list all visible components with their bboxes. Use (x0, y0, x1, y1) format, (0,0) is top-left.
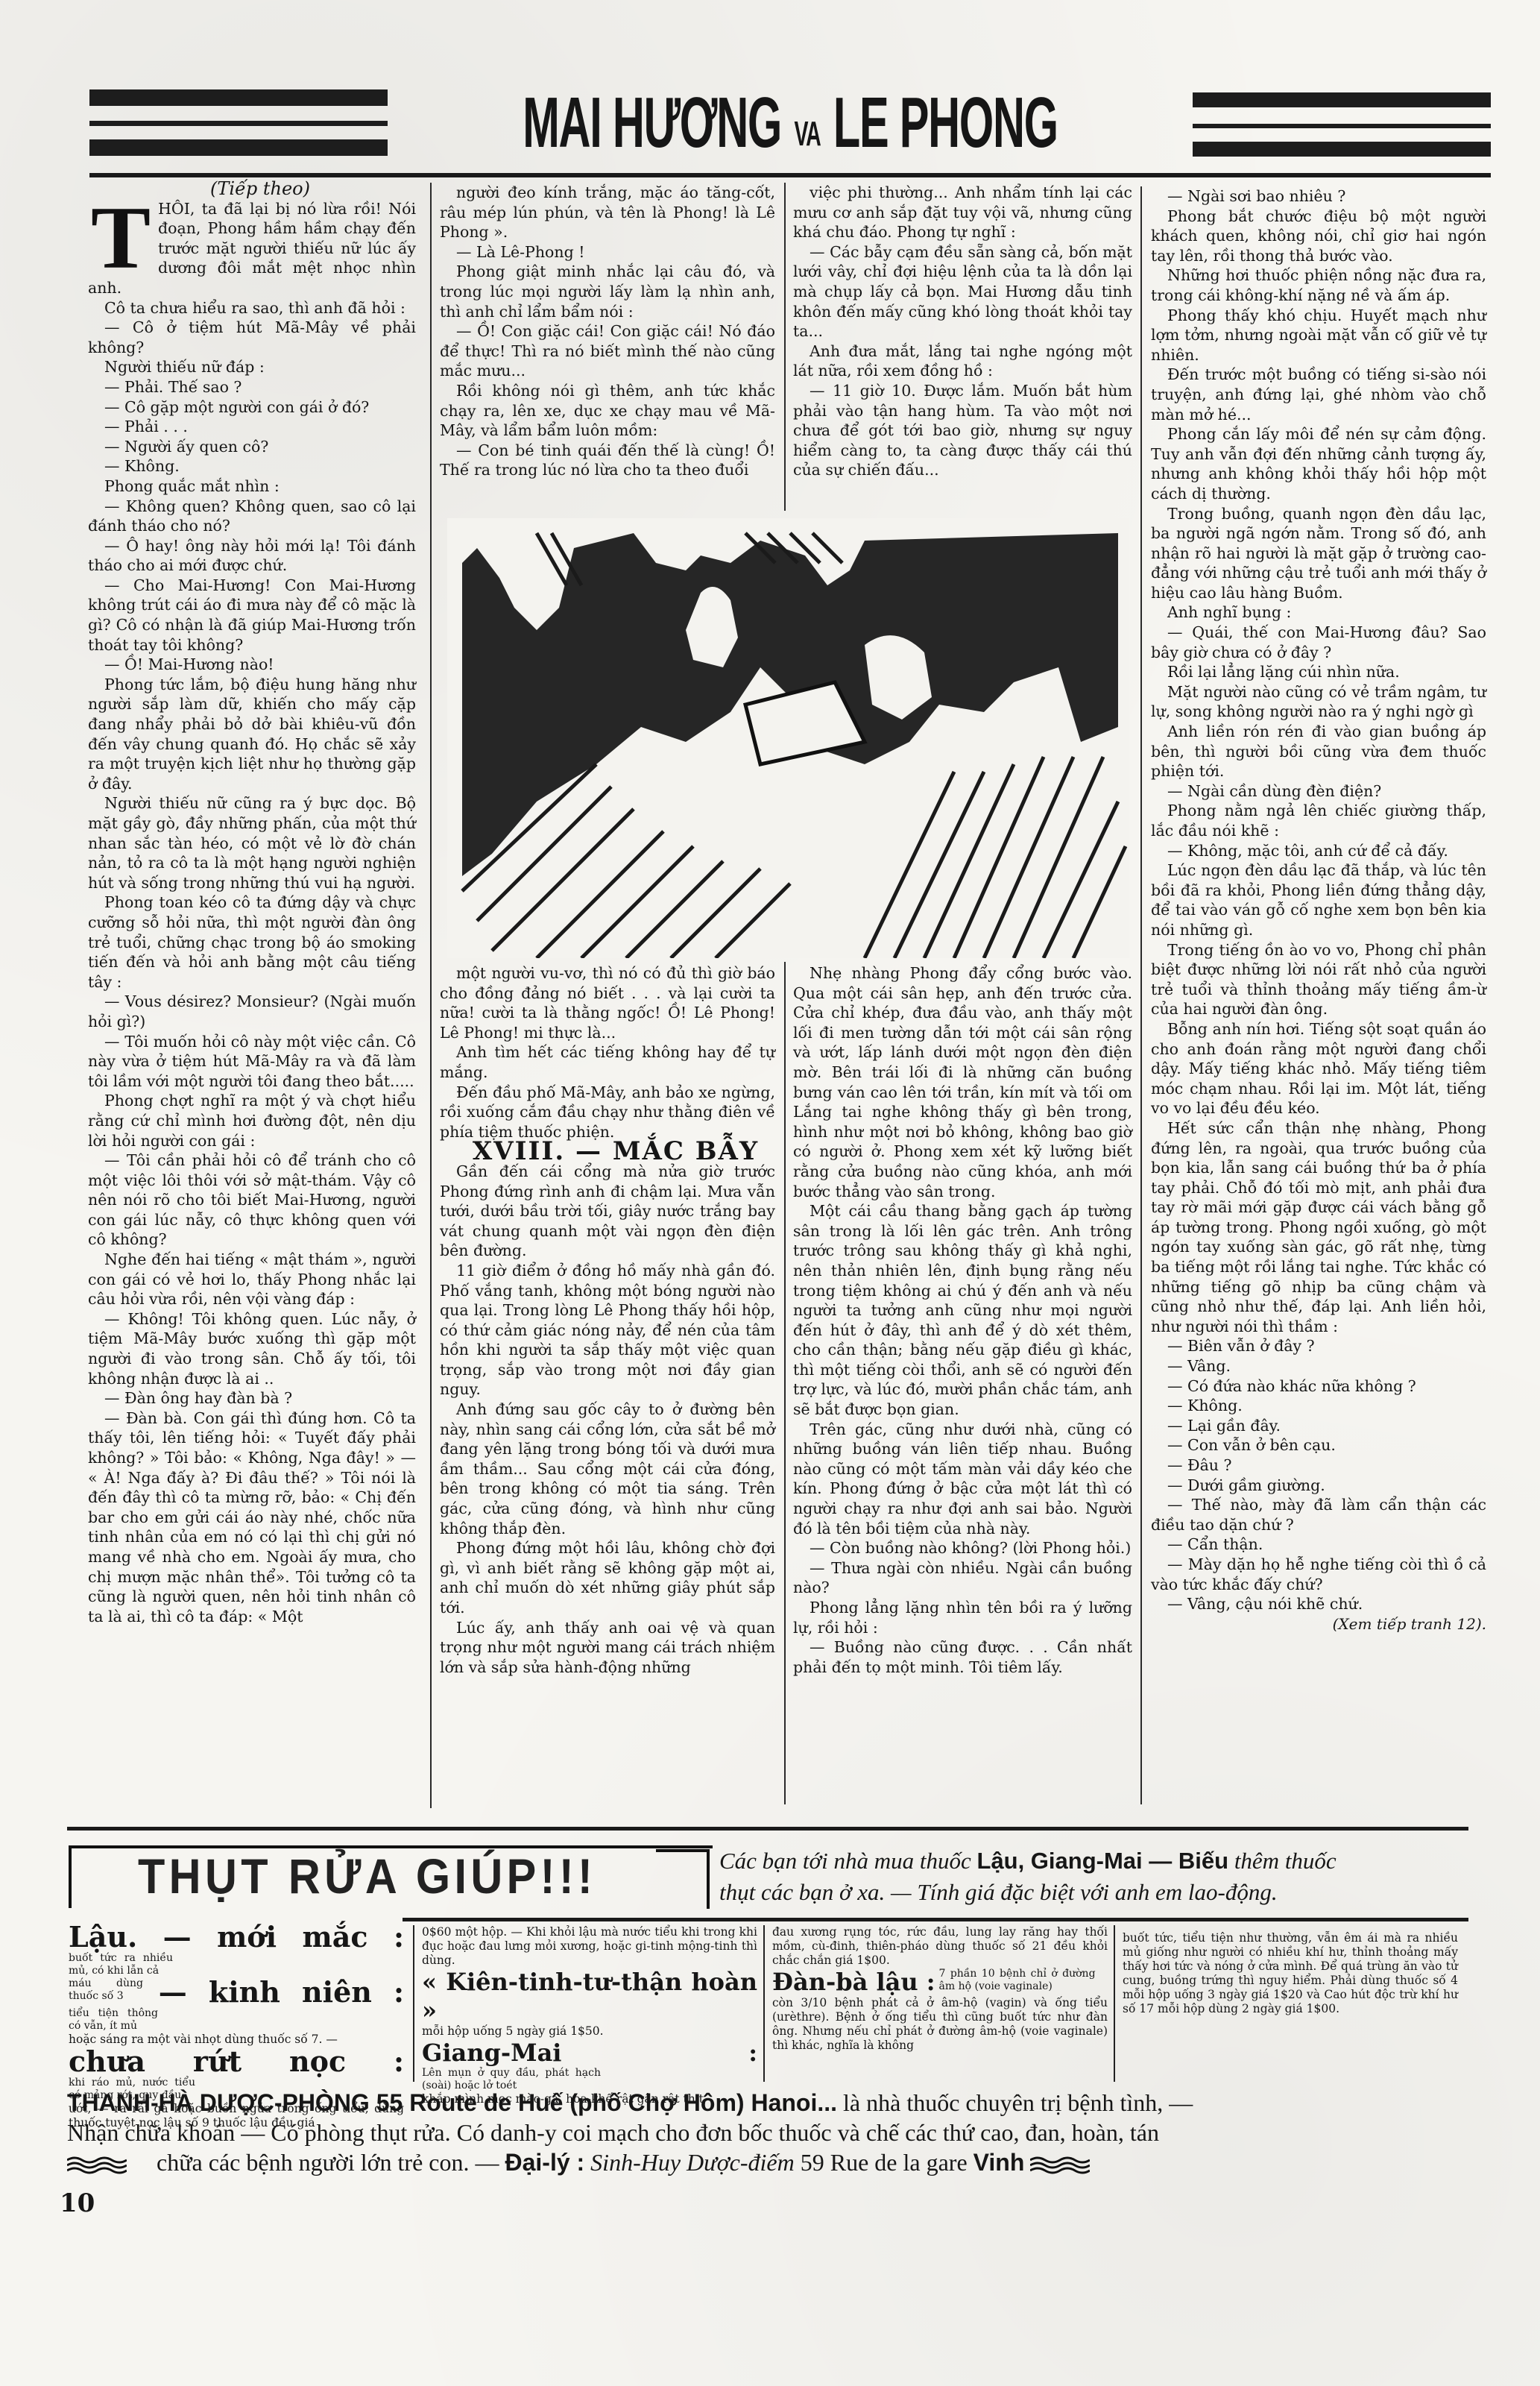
paragraph: Người thiếu nữ cũng ra ý bực dọc. Bộ mặt… (88, 793, 416, 893)
column-3-bottom-text: Nhẹ nhàng Phong đẩy cổng bước vào. Qua m… (793, 963, 1132, 1677)
agent-address: 59 Rue de la gare (801, 2149, 968, 2176)
paragraph: — Cô gặp một người con gái ở đó? (88, 397, 416, 418)
column-2-top-text: người đeo kính trắng, mặc áo tăng-cốt, r… (440, 183, 775, 480)
paragraph: — Vâng. (1151, 1356, 1486, 1376)
paragraph: — Phải. Thế sao ? (88, 377, 416, 397)
paragraph: — Tôi muốn hỏi cô này một việc cần. Cô n… (88, 1032, 416, 1092)
masthead-rule (89, 173, 1491, 177)
paragraph: Mặt người nào cũng có vẻ trầm ngâm, tư l… (1151, 682, 1486, 722)
newspaper-page: MAI HƯƠNG VA LE PHONG (Tiếp theo) T HÔI,… (0, 0, 1540, 2386)
paragraph: — Là Lê-Phong ! (440, 242, 775, 262)
paragraph: Anh liền rón rén đi vào gian buồng áp bê… (1151, 722, 1486, 781)
paragraph: Đến đầu phố Mã-Mây, anh bảo xe ngừng, rồ… (440, 1083, 775, 1142)
paragraph: Phong cắn lấy môi để nén sự cảm động. Tu… (1151, 424, 1486, 503)
paragraph: — Dưới gầm giường. (1151, 1476, 1486, 1496)
paragraph: — Thế nào, mày đã làm cẩn thận các điều … (1151, 1495, 1486, 1534)
paragraph: Người thiếu nữ đáp : (88, 357, 416, 377)
ad-lau-desc: buốt tức ra nhiều mủ, có khi lẫn cả (69, 1952, 173, 1977)
paragraph: Phong chợt nghĩ ra một ý và chợt hiểu rằ… (88, 1091, 416, 1150)
article-column-3-top: việc phi thường... Anh nhẩm tính lại các… (793, 183, 1132, 480)
ad-dan-ba-continued-text: buốt tức, tiểu tiện như thường, vẫn êm á… (1123, 1931, 1458, 2016)
paragraph: Cô ta chưa hiểu ra sao, thì anh đã hỏi : (88, 298, 416, 318)
ad-divider (1114, 1925, 1115, 2082)
paragraph: người đeo kính trắng, mặc áo tăng-cốt, r… (440, 183, 775, 242)
paragraph: — Biên vẫn ở đây ? (1151, 1336, 1486, 1356)
paragraph: một người vu-vơ, thì nó có đủ thì giờ bá… (440, 963, 775, 1042)
paragraph: 11 giờ điểm ở đồng hồ mấy nhà gần đó. Ph… (440, 1261, 775, 1400)
wave-ornament-icon (67, 2156, 127, 2175)
paragraph: Bỗng anh nín hơi. Tiếng sột soạt quần áo… (1151, 1019, 1486, 1118)
paragraph: — Còn buồng nào không? (lời Phong hỏi.) (793, 1538, 1132, 1558)
ad-dan-ba-desc: 7 phần 10 bệnh chỉ ở đường âm hộ (voie v… (939, 1968, 1096, 1993)
ad-slogan-line-2: thụt các bạn ở xa. — Tính giá đặc biệt v… (719, 1879, 1278, 1905)
paragraph: Lúc ấy, anh thấy anh oai vệ và quan trọn… (440, 1618, 775, 1678)
paragraph: Phong lẳng lặng nhìn tên bồi ra ý lưỡng … (793, 1598, 1132, 1637)
paragraph: Phong đứng một hồi lâu, không chờ đợi gì… (440, 1538, 775, 1617)
paragraph: việc phi thường... Anh nhẩm tính lại các… (793, 183, 1132, 242)
ad-footer-line-1: THANH-HÀ DƯỢC-PHÒNG 55 Route de Huế (phố… (67, 2088, 1468, 2118)
column-3-top-text: việc phi thường... Anh nhẩm tính lại các… (793, 183, 1132, 480)
paragraph: Một cái cầu thang bằng gạch áp tường sân… (793, 1201, 1132, 1420)
paragraph: Gần đến cái cổng mà nửa giờ trước Phong … (440, 1162, 775, 1261)
ad-divider (413, 1925, 414, 2082)
agent-name: Sinh-Huy Dược-điếm (590, 2149, 795, 2176)
woodcut-illustration (447, 518, 1129, 958)
paragraph: Nhẹ nhàng Phong đẩy cổng bước vào. Qua m… (793, 963, 1132, 1201)
paragraph: Trong tiếng ồn ào vo vo, Phong chỉ phân … (1151, 940, 1486, 1019)
paragraph: — Đàn ông hay đàn bà ? (88, 1388, 416, 1408)
ad-column-dan-ba: đau xương rụng tóc, rức đầu, lung lay ră… (772, 1925, 1108, 2053)
title-le-phong: LE PHONG (833, 82, 1058, 164)
paragraph: Phong tức lắm, bộ điệu hung hăng như ngư… (88, 675, 416, 794)
paragraph: — Lại gần đây. (1151, 1416, 1486, 1436)
column-divider (430, 183, 432, 1808)
ad-product-name: « Kiên-tinh-tư-thận hoàn » (422, 1968, 757, 2024)
ad-chua-rut-heading: chưa rứt nọc : (69, 2045, 404, 2078)
paragraph: — Không quen? Không quen, sao cô lại đán… (88, 497, 416, 536)
continued-next-label: (Xem tiếp tranh 12). (1151, 1614, 1486, 1634)
ad-product-price: mỗi hộp uống 5 ngày giá 1$50. (422, 2024, 757, 2039)
paragraph: — Có đứa nào khác nữa không ? (1151, 1376, 1486, 1397)
masthead-title: MAI HƯƠNG VA LE PHONG (555, 82, 1026, 164)
paragraph: — Ngài sơi bao nhiêu ? (1151, 186, 1486, 207)
chapter-text: Gần đến cái cổng mà nửa giờ trước Phong … (440, 1162, 775, 1677)
paragraph: — Con bé tinh quái đến thế là cùng! Ồ! T… (440, 441, 775, 480)
paragraph: Phong nằm ngả lên chiếc giường thấp, lắc… (1151, 801, 1486, 840)
paragraph: Rồi lại lẳng lặng cúi nhìn nữa. (1151, 662, 1486, 682)
paragraph: — Không, mặc tôi, anh cứ để cả đấy. (1151, 841, 1486, 861)
paragraph: — Không. (88, 456, 416, 476)
wave-ornament-icon (1030, 2156, 1090, 2175)
paragraph: Lúc ngọn đèn dầu lạc đã thắp, và lúc tên… (1151, 860, 1486, 939)
paragraph: Đến trước một buồng có tiếng si-sào nói … (1151, 365, 1486, 424)
paragraph: — Người ấy quen cô? (88, 437, 416, 457)
paragraph: — Con vẫn ở bên cạu. (1151, 1435, 1486, 1455)
ad-giang-mai-continued: đau xương rụng tóc, rức đầu, lung lay ră… (772, 1925, 1108, 1968)
title-va: VA (794, 113, 820, 154)
page-number: 10 (60, 2188, 95, 2218)
paragraph: — Ồ! Con giặc cái! Con giặc cái! Nó đáo … (440, 321, 775, 381)
paragraph: — Quái, thế con Mai-Hương đâu? Sao bây g… (1151, 623, 1486, 662)
paragraph: Trên gác, cũng như dưới nhà, cũng có nhữ… (793, 1420, 1132, 1539)
paragraph: Phong toan kéo cô ta đứng dậy và chực cư… (88, 893, 416, 992)
paragraph: Những hơi thuốc phiện nồng nặc đưa ra, t… (1151, 265, 1486, 305)
column-1-text: HÔI, ta đã lại bị nó lừa rồi! Nói đoạn, … (88, 199, 416, 1627)
masthead-left-bars (89, 84, 388, 158)
paragraph: — Buồng nào cũng được. . . Cần nhất phải… (793, 1637, 1132, 1677)
ad-giang-mai-heading: Giang-Mai : (422, 2039, 757, 2067)
article-column-4: — Ngài sơi bao nhiêu ?Phong bắt chước đi… (1151, 186, 1486, 1634)
masthead: MAI HƯƠNG VA LE PHONG (89, 82, 1491, 171)
paragraph: Trong buồng, quanh ngọn đèn dầu lạc, ba … (1151, 504, 1486, 603)
paragraph: — Ồ! Mai-Hương nào! (88, 655, 416, 675)
ad-mau-dung: máu dùng thuốc số 3 (69, 1977, 143, 2003)
ad-slogan-part: Các bạn tới nhà mua thuốc (719, 1848, 971, 1874)
article-column-3-bottom: Nhẹ nhàng Phong đẩy cổng bước vào. Qua m… (793, 963, 1132, 1677)
chapter-title: XVIII. — MẮC BẪY (440, 1142, 775, 1162)
ad-kinh-nien-desc: tiểu tiện thông có vẫn, ít mủ (69, 2007, 158, 2033)
column-4-text: — Ngài sơi bao nhiêu ?Phong bắt chước đi… (1151, 186, 1486, 1614)
ad-column-kien-tinh: 0$60 một hộp. — Khi khỏi lậu mà nước tiể… (422, 1925, 757, 2106)
ad-lau-heading: Lậu. — mới mắc : (69, 1920, 404, 1954)
paragraph: Anh đứng sau gốc cây to ở đường bên này,… (440, 1400, 775, 1538)
pharmacy-name-address: THANH-HÀ DƯỢC-PHÒNG 55 Route de Huế (phố… (67, 2089, 837, 2116)
paragraph: — Đàn bà. Con gái thì đúng hơn. Cô ta th… (88, 1408, 416, 1627)
paragraph: Anh đưa mắt, lắng tai nghe ngóng một lát… (793, 341, 1132, 381)
paragraph: Phong quắc mắt nhìn : (88, 476, 416, 497)
ad-slogan-bold: Lậu, Giang-Mai — Biếu (976, 1848, 1228, 1874)
agent-city: Vinh (973, 2149, 1025, 2176)
ad-dan-ba-heading: Đàn-bà lậu : (772, 1968, 935, 1996)
pharmacy-description: là nhà thuốc chuyên trị bệnh tình, — (843, 2089, 1193, 2116)
paragraph: Anh nghĩ bụng : (1151, 602, 1486, 623)
ad-headline-frame-bar (656, 1849, 708, 1852)
column-divider (1140, 186, 1142, 1804)
paragraph: Phong thấy khó chịu. Huyết mạch như lợm … (1151, 306, 1486, 365)
paragraph: Nghe đến hai tiếng « mật thám », người c… (88, 1250, 416, 1309)
paragraph: — Đâu ? (1151, 1455, 1486, 1476)
ad-divider (763, 1925, 765, 2082)
illustration-opium-den-icon (447, 518, 1129, 958)
paragraph: Rồi không nói gì thêm, anh tức khắc chạy… (440, 381, 775, 441)
paragraph: — Các bẫy cạm đều sẵn sàng cả, bốn mặt l… (793, 242, 1132, 341)
ad-kinh-nien-heading: — kinh niên : (159, 1975, 404, 2009)
title-mai-huong: MAI HƯƠNG (523, 82, 781, 164)
ad-kien-tinh-intro: 0$60 một hộp. — Khi khỏi lậu mà nước tiể… (422, 1925, 757, 1968)
paragraph: — Cẩn thận. (1151, 1534, 1486, 1555)
paragraph: — Thưa ngài còn nhiều. Ngài cần buồng nà… (793, 1558, 1132, 1598)
paragraph: Anh tìm hết các tiếng không hay để tự mắ… (440, 1042, 775, 1082)
paragraph: — Cho Mai-Hương! Con Mai-Hương không trú… (88, 576, 416, 655)
paragraph: — Mày dặn họ hễ nghe tiếng còi thì ồ cả … (1151, 1555, 1486, 1594)
masthead-right-bars (1193, 84, 1491, 158)
ad-top-rule (67, 1827, 1468, 1831)
paragraph: — 11 giờ 10. Được lắm. Muốn bắt hùm phải… (793, 381, 1132, 480)
footer-children-text: chữa các bệnh người lớn trẻ con. — (157, 2149, 499, 2176)
paragraph: — Vâng, cậu nói khẽ chứ. (1151, 1594, 1486, 1614)
paragraph: — Phải . . . (88, 417, 416, 437)
article-column-2-bottom: một người vu-vơ, thì nó có đủ thì giờ bá… (440, 963, 775, 1677)
ad-footer-line-2: Nhận chữa khoán — Có phòng thụt rửa. Có … (67, 2118, 1468, 2147)
ad-headline-frame-side (707, 1849, 710, 1909)
agent-label: Đại-lý : (505, 2149, 584, 2176)
drop-cap: T (91, 202, 151, 274)
paragraph: — Vous désirez? Monsieur? (Ngài muốn hỏi… (88, 992, 416, 1031)
paragraph: Hết sức cẩn thận nhẹ nhàng, Phong đứng l… (1151, 1118, 1486, 1337)
paragraph: — Ngài cần dùng đèn điện? (1151, 781, 1486, 802)
column-divider (784, 183, 786, 511)
paragraph: Phong giật minh nhắc lại câu đó, và tron… (440, 262, 775, 321)
ad-slogan: Các bạn tới nhà mua thuốc Lậu, Giang-Mai… (719, 1845, 1457, 1908)
article-column-1: (Tiếp theo) T HÔI, ta đã lại bị nó lừa r… (88, 179, 416, 1626)
paragraph: — Không. (1151, 1396, 1486, 1416)
paragraph: — Tôi cần phải hỏi cô để tránh cho cô mộ… (88, 1150, 416, 1250)
ad-column-dan-ba-continued: buốt tức, tiểu tiện như thường, vẫn êm á… (1123, 1931, 1458, 2016)
ad-mid-rule (403, 1918, 1468, 1921)
paragraph: Phong bắt chước điệu bộ một người khách … (1151, 207, 1486, 266)
paragraph: — Không! Tôi không quen. Lúc nẫy, ở tiệm… (88, 1309, 416, 1388)
column-2-bottom-text: một người vu-vơ, thì nó có đủ thì giờ bá… (440, 963, 775, 1142)
ad-headline: THỤT RỬA GIÚP!!! (138, 1848, 596, 1904)
ad-footer-line-3: chữa các bệnh người lớn trẻ con. — Đại-l… (67, 2147, 1468, 2177)
article-column-2-top: người đeo kính trắng, mặc áo tăng-cốt, r… (440, 183, 775, 480)
column-divider (784, 962, 786, 1804)
paragraph: — Cô ở tiệm hút Mã-Mây về phải không? (88, 318, 416, 357)
ad-dan-ba-text: còn 3/10 bệnh phát cả ở âm-hộ (vagin) và… (772, 1996, 1108, 2053)
paragraph: — Ô hay! ông này hỏi mới lạ! Tôi đánh th… (88, 536, 416, 576)
ad-slogan-part: thêm thuốc (1234, 1848, 1337, 1874)
